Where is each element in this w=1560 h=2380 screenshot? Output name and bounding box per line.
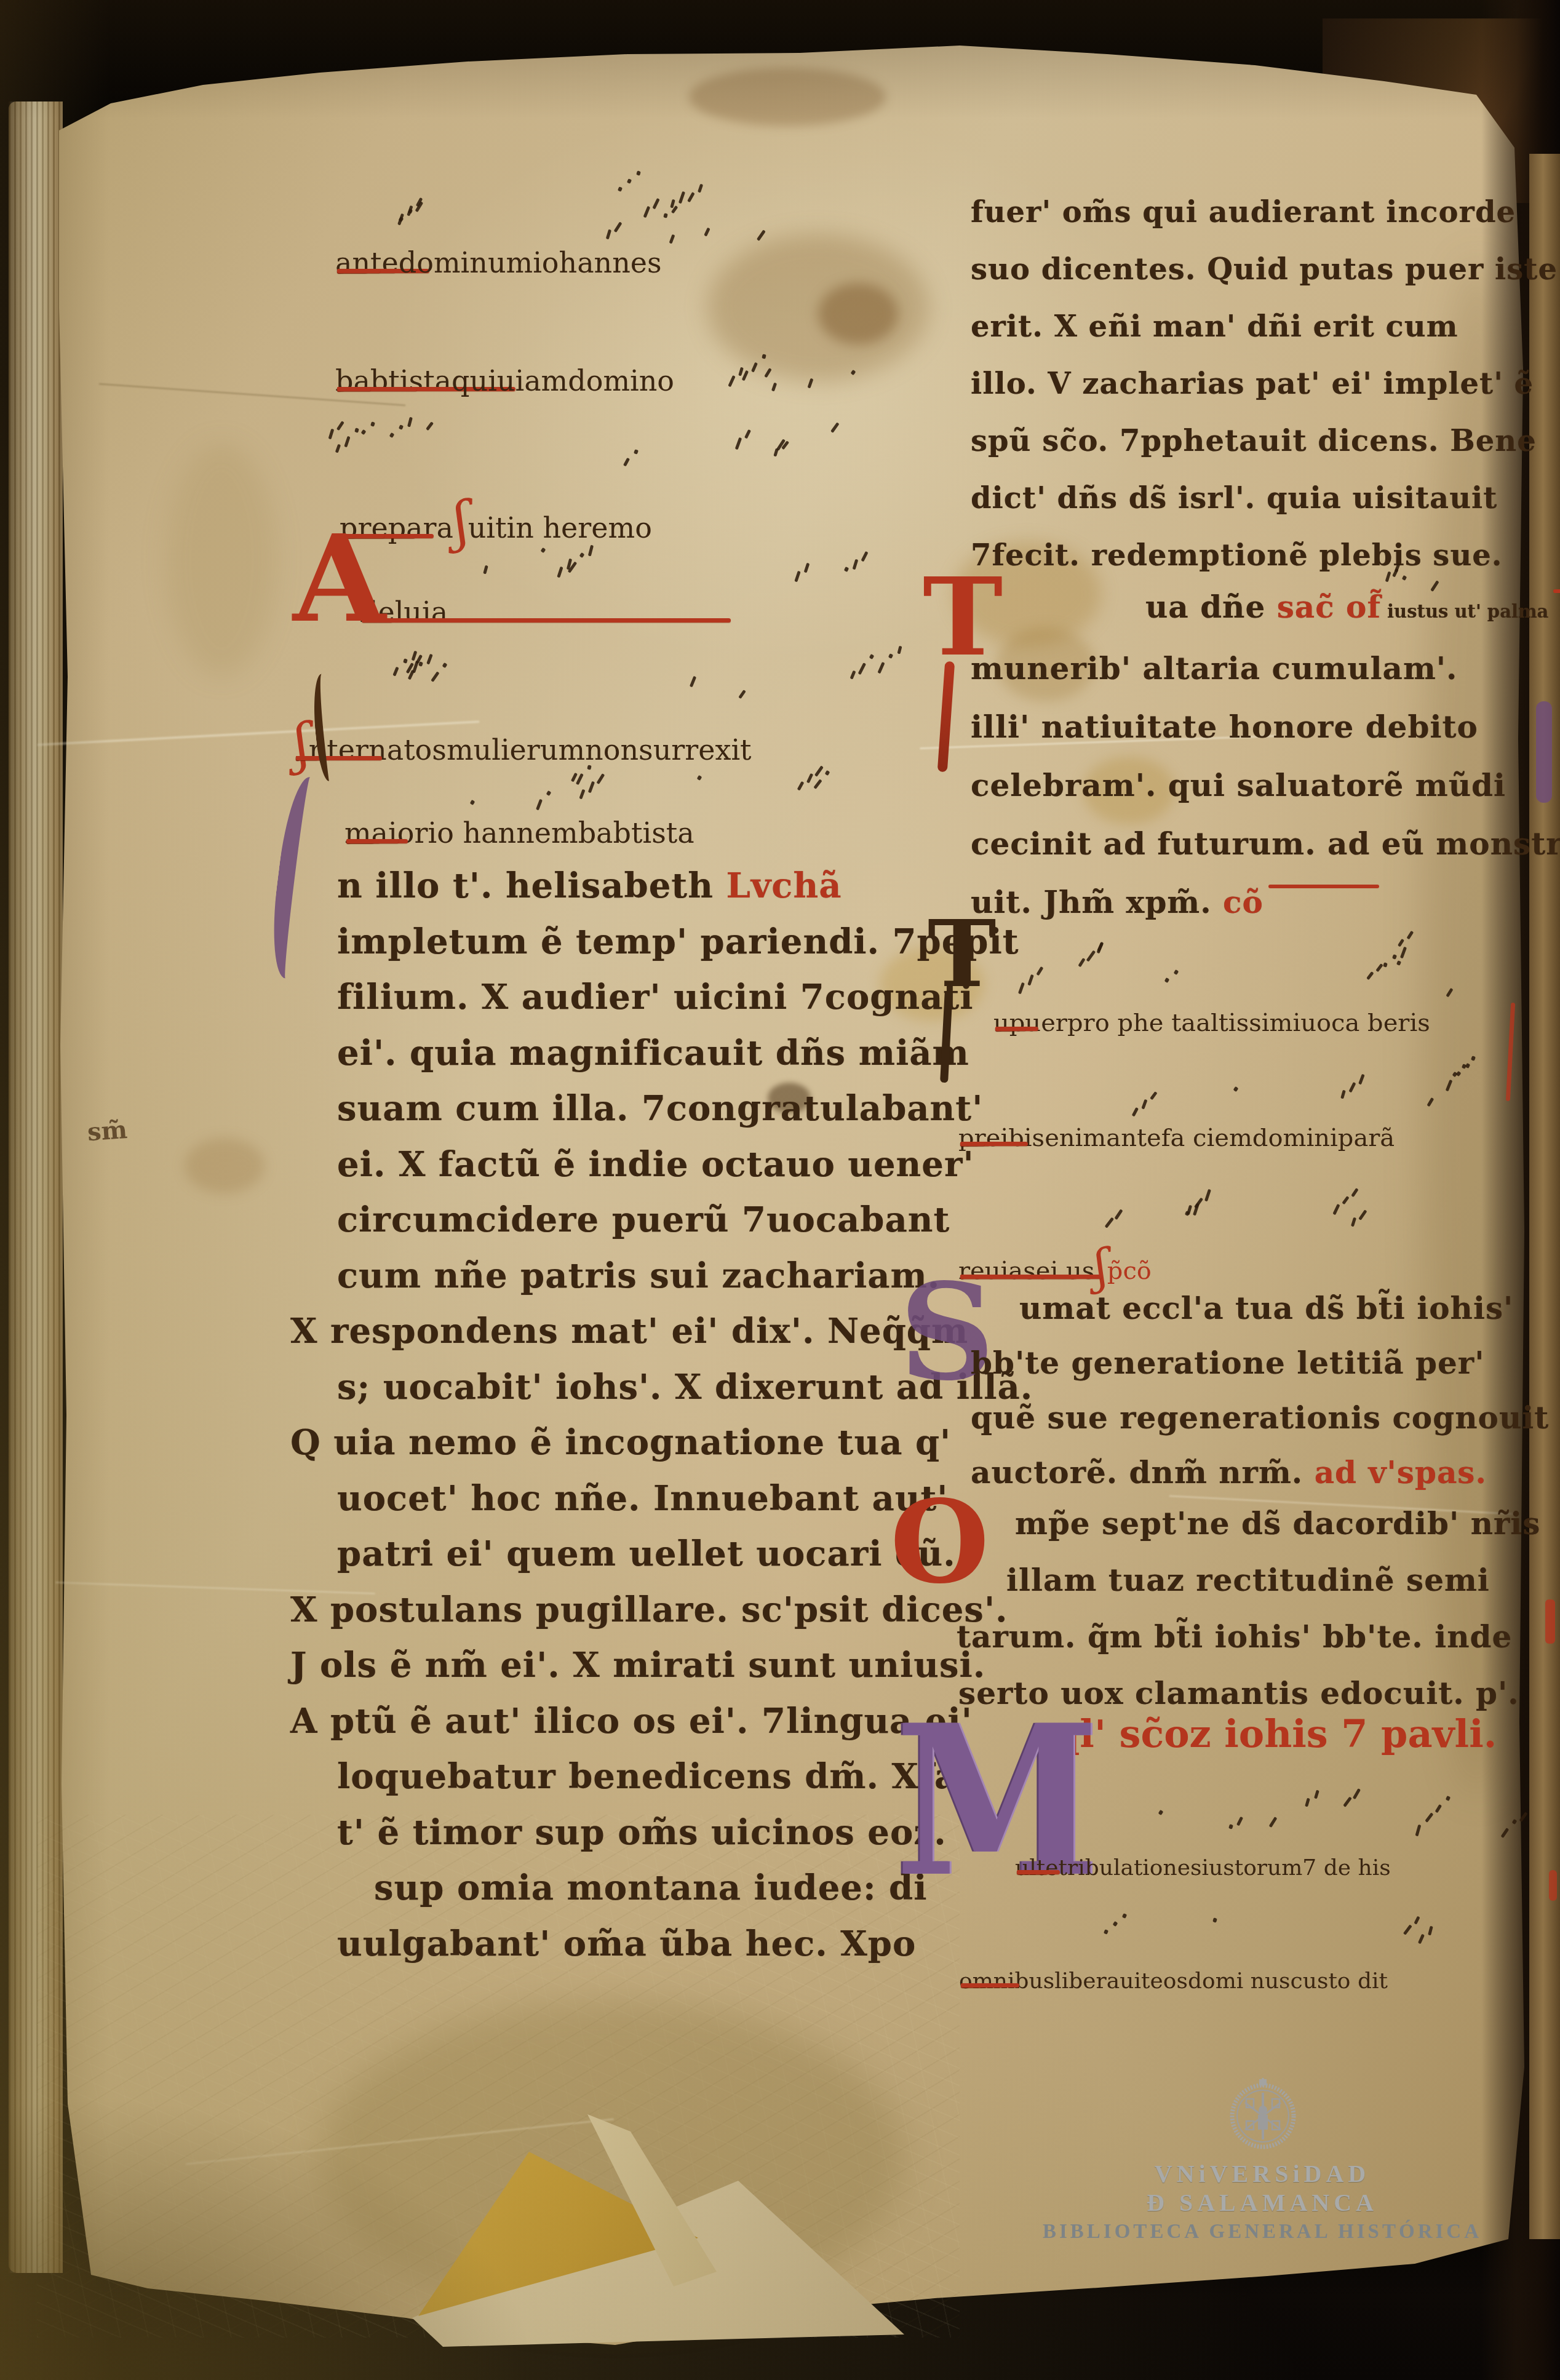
prose-line: quẽ sue regenerationis cognouit xyxy=(971,1400,1549,1436)
neume-mark xyxy=(1204,1189,1211,1201)
neume-mark xyxy=(431,671,440,682)
neume-mark xyxy=(762,354,766,359)
initial-t-tu-puer: T xyxy=(928,915,997,994)
prose-text: t' ẽ timor sup om̃s uicinos eoz. xyxy=(337,1812,947,1853)
neume-mark xyxy=(735,437,742,450)
neume-mark xyxy=(606,229,611,239)
prose-line: illam tuaz rectitudinẽ semi xyxy=(1006,1562,1490,1598)
prose-line: loquebatur benedicens dm̃. Xfac xyxy=(337,1757,979,1796)
neume-mark xyxy=(613,222,622,233)
neume-mark xyxy=(398,217,404,222)
prose-text: n illo t'. helisabeth xyxy=(337,866,726,906)
neume-mark xyxy=(392,667,399,676)
prose-text: filium. X audier' uicini 7cognati xyxy=(337,977,974,1017)
neume-mark xyxy=(824,770,830,775)
prose-text: patri ei' quem uellet uocari eũ. xyxy=(337,1534,956,1574)
neume-mark xyxy=(858,663,866,674)
neume-mark xyxy=(1418,1934,1425,1944)
prose-text: spũ sc̃o. 7pphetauit dicens. Bene xyxy=(971,424,1537,458)
neume-mark xyxy=(344,436,350,447)
neume-mark xyxy=(588,781,595,792)
prose-text: auctorẽ. dnm̃ nrm̃. xyxy=(971,1454,1315,1490)
neume-mark xyxy=(579,552,584,558)
neume-mark xyxy=(1194,1198,1203,1209)
neume-mark xyxy=(442,663,448,668)
neume-mark xyxy=(1122,1913,1127,1919)
neume-field xyxy=(707,400,892,461)
initial-o-omnipotens: O xyxy=(890,1494,989,1590)
chant-syllable: ibis xyxy=(1000,1124,1045,1152)
neume-mark xyxy=(808,378,813,388)
neume-mark xyxy=(1115,1209,1123,1220)
neume-mark xyxy=(1105,1217,1114,1228)
prose-line: celebram'. qui saluatorẽ mũdi xyxy=(971,768,1506,803)
neume-mark xyxy=(1353,1788,1361,1799)
neume-mark xyxy=(1359,1073,1365,1084)
neume-mark xyxy=(328,428,334,439)
prose-line: cum nñe patris sui zachariam. xyxy=(337,1256,940,1295)
prose-text: suo dicentes. Quid putas puer iste xyxy=(971,252,1558,287)
neume-field xyxy=(369,754,664,815)
neume-mark xyxy=(570,772,577,781)
melisma-extender-line xyxy=(995,1027,1026,1031)
neume-mark xyxy=(751,362,758,372)
initial-glyph: S xyxy=(899,1254,995,1410)
chant-line-left-6: maiorio hannembabtista xyxy=(344,816,694,850)
prose-line: Q uia nemo ẽ incognatione tua q' xyxy=(290,1423,951,1462)
neume-mark xyxy=(888,653,893,659)
prose-text: J ols ẽ nm̃ ei'. X mirati sunt uniusi. xyxy=(290,1645,985,1686)
prose-line: patri ei' quem uellet uocari eũ. xyxy=(337,1534,956,1574)
melisma-extender-line xyxy=(337,269,380,273)
chant-syllable: ha xyxy=(559,246,594,279)
neume-mark xyxy=(1349,1081,1356,1092)
prose-text: quẽ sue regenerationis cognouit xyxy=(971,1399,1549,1436)
neume-mark xyxy=(738,367,743,376)
neume-mark xyxy=(877,662,885,674)
facing-page-sliver xyxy=(1529,154,1560,2239)
prose-text: uocet' hoc nñe. Innuebant aut' xyxy=(337,1478,949,1519)
neume-mark xyxy=(1455,1071,1461,1077)
neume-mark xyxy=(541,547,546,553)
neume-mark xyxy=(1445,1080,1452,1092)
neume-mark xyxy=(576,773,583,785)
neume-mark xyxy=(1414,1916,1420,1925)
neume-mark xyxy=(1341,1089,1346,1099)
prose-text: impletum ẽ temp' pariendi. 7pepit xyxy=(337,921,1019,962)
prose-text: bb'te generatione letitiã per' xyxy=(971,1345,1484,1381)
neume-mark xyxy=(843,567,848,572)
feast-rubric-text: ql' sc̃oz iohis 7 pavli. xyxy=(1053,1711,1497,1756)
chant-syllable: ei us xyxy=(1036,1257,1094,1285)
initial-glyph: T xyxy=(928,900,997,1008)
neume-mark xyxy=(1104,1929,1108,1935)
prose-text: ei. X factũ ẽ indie octauo uener' xyxy=(337,1144,974,1185)
neume-mark xyxy=(744,429,751,439)
chant-syllable: uo xyxy=(1300,1009,1331,1037)
neume-mark xyxy=(742,370,749,381)
chant-syllable: nte xyxy=(352,246,398,279)
prose-line: t' ẽ timor sup om̃s uicinos eoz. xyxy=(337,1813,947,1852)
prose-text: illo. V zacharias pat' ei' implet' ẽ xyxy=(971,367,1534,401)
chant-syllable: rum xyxy=(1257,1855,1303,1881)
neume-mark xyxy=(418,662,423,667)
chant-syllable: num xyxy=(469,246,533,279)
neume-mark xyxy=(1351,1188,1358,1197)
neume-field xyxy=(677,640,904,701)
neume-mark xyxy=(1185,1211,1190,1216)
neume-mark xyxy=(1018,982,1024,994)
neume-mark xyxy=(861,551,868,562)
university-seal-icon xyxy=(1227,2078,1299,2151)
prose-text: cecinit ad futurum. ad eũ monstra xyxy=(971,826,1560,862)
initial-glyph: O xyxy=(890,1475,989,1609)
prose-text: Lvchã xyxy=(726,866,842,906)
neume-mark xyxy=(1395,563,1400,572)
prose-text: A ptũ ẽ aut' ilico os ei'. 7lingua ei' xyxy=(290,1701,973,1741)
neume-mark xyxy=(1351,1217,1356,1227)
neume-mark xyxy=(781,440,789,450)
chant-syllable: pa xyxy=(388,511,423,544)
prose-text: sup omia montana iudee: di xyxy=(374,1868,928,1908)
chant-syllable: altissimi xyxy=(1196,1009,1300,1037)
chant-syllable: ior xyxy=(388,816,428,850)
neume-mark xyxy=(1036,966,1043,976)
neume-mark xyxy=(546,790,552,796)
neume-mark xyxy=(412,661,419,673)
initial-glyph: M xyxy=(895,1679,1099,1922)
chant-syllable: s xyxy=(647,246,662,279)
prose-text: illam tuaz rectitudinẽ semi xyxy=(1006,1562,1490,1598)
neume-mark xyxy=(830,423,839,433)
neume-mark xyxy=(1027,974,1033,986)
neume-mark xyxy=(1428,1926,1433,1935)
chant-syllable: iusto xyxy=(1202,1855,1257,1881)
neume-mark xyxy=(1465,1063,1470,1069)
neume-mark xyxy=(1343,1797,1351,1807)
prose-text: ad v'spas. xyxy=(1315,1454,1487,1490)
neume-mark xyxy=(1187,1205,1192,1215)
neume-mark xyxy=(738,690,746,699)
chant-syllable: nne xyxy=(594,246,647,279)
prose-line: cecinit ad futurum. ad eũ monstra xyxy=(971,826,1560,862)
chant-syllable: bti xyxy=(613,816,652,850)
neume-mark xyxy=(1132,1107,1139,1116)
neume-mark xyxy=(669,234,675,244)
neume-mark xyxy=(643,206,650,218)
prose-text: uulgabant' om̃a ũba hec. Xpo xyxy=(337,1924,916,1964)
chant-syllable: ca beris xyxy=(1331,1009,1430,1037)
chant-syllable: sta xyxy=(651,816,694,850)
neume-mark xyxy=(370,422,375,428)
neume-mark xyxy=(587,765,592,770)
prose-text: ua dñe xyxy=(1145,589,1277,625)
neume-mark xyxy=(588,544,594,555)
chant-syllable: u xyxy=(993,1009,1009,1037)
neume-field xyxy=(757,526,904,581)
prose-line: fuer' om̃s qui audierant incorde xyxy=(971,196,1516,229)
neume-mark xyxy=(1415,1825,1420,1836)
prose-line: illi' natiuitate honore debito xyxy=(971,709,1478,745)
neume-field xyxy=(689,757,904,812)
neume-mark xyxy=(1366,971,1374,980)
prose-text: loquebatur benedicens dm̃. Xfac xyxy=(337,1756,979,1797)
prose-text: mp̃e sept'ne ds̃ dacordib' nr̃is xyxy=(1015,1505,1540,1542)
prose-text: sac̃ of̃ xyxy=(1277,589,1381,625)
book-page-edges-left xyxy=(9,101,63,2273)
neume-mark xyxy=(850,671,856,680)
prose-line: dict' dñs ds̃ isrl'. quia uisitauit xyxy=(971,482,1497,515)
chant-line-right-2: preibisenimantefa ciemdominiparã xyxy=(958,1124,1395,1152)
chant-syllable: domini xyxy=(1252,1124,1338,1152)
chant-syllable: domi nus xyxy=(1188,1968,1291,1994)
neume-mark xyxy=(1397,939,1404,947)
prose-text: X respondens mat' ei' dix'. Neq̃q̃m xyxy=(290,1311,968,1351)
initial-glyph: A xyxy=(293,508,386,649)
neume-mark xyxy=(704,228,710,236)
neume-mark xyxy=(336,421,344,430)
neume-mark xyxy=(1383,962,1388,967)
neume-mark xyxy=(407,209,412,214)
chant-syllable: ma xyxy=(344,816,388,850)
chant-line-right-1: upuerpro phe taaltissimiuoca beris xyxy=(993,1009,1430,1037)
melisma-extender-line xyxy=(960,1142,985,1146)
chant-syllable: pro phe ta xyxy=(1067,1009,1196,1037)
chant-syllable: ulte xyxy=(1015,1855,1058,1881)
chant-syllable: libera xyxy=(1054,1968,1120,1994)
chant-syllable: tribulationes xyxy=(1058,1855,1201,1881)
chant-syllable: ba xyxy=(578,816,613,850)
neume-mark xyxy=(1113,1921,1118,1927)
neume-mark xyxy=(1315,1789,1319,1798)
chant-syllable: pre xyxy=(958,1124,1000,1152)
neume-mark xyxy=(1332,1204,1340,1215)
neume-mark xyxy=(411,651,416,661)
neume-mark xyxy=(469,800,475,805)
chant-syllable: pu xyxy=(1009,1009,1041,1037)
neume-mark xyxy=(1452,1072,1457,1077)
neume-mark xyxy=(389,432,394,438)
prose-line: tarum. q̃m bt̃i iohis' bb'te. inde xyxy=(957,1619,1512,1655)
prose-text: celebram'. qui saluatorẽ mũdi xyxy=(971,767,1506,803)
prose-line: munerib' altaria cumulam'. xyxy=(971,651,1458,687)
chant-line-left-1: antedominumiohannes xyxy=(335,246,662,279)
neume-mark xyxy=(1342,1196,1349,1204)
chant-syllable: luia xyxy=(395,595,448,629)
neume-mark xyxy=(618,186,623,192)
neume-mark xyxy=(579,789,586,798)
feast-rubric: ql' sc̃oz iohis 7 pavli. xyxy=(1053,1711,1497,1756)
neume-mark xyxy=(1228,1824,1233,1829)
prose-line: suo dicentes. Quid putas puer iste xyxy=(971,253,1558,287)
neume-mark xyxy=(1359,1210,1367,1220)
neume-mark xyxy=(1305,1797,1310,1807)
chant-syllable: ante xyxy=(1106,1124,1161,1152)
neume-field xyxy=(997,910,1501,1003)
prose-line: ei. X factũ ẽ indie octauo uener' xyxy=(337,1145,974,1184)
prose-text: erit. X eñi man' dñi erit cum xyxy=(971,309,1458,344)
rubric-extender-line xyxy=(1553,589,1560,593)
prose-text: umat eccl'a tua ds̃ bt̃i iohis' xyxy=(1019,1290,1513,1326)
neume-mark xyxy=(1096,942,1103,953)
neume-mark xyxy=(1392,568,1398,577)
neume-mark xyxy=(406,663,414,674)
neume-mark xyxy=(399,424,404,430)
prose-line: bb'te generatione letitiã per' xyxy=(971,1345,1484,1381)
neume-mark xyxy=(687,192,694,202)
neume-mark xyxy=(728,375,735,387)
prose-line: impletum ẽ temp' pariendi. 7pepit xyxy=(337,922,1019,961)
neume-mark xyxy=(1158,1810,1163,1815)
prose-line: n illo t'. helisabeth Lvchã xyxy=(337,866,842,905)
neume-mark xyxy=(483,565,488,575)
neume-mark xyxy=(664,213,669,218)
prose-line: suam cum illa. 7congratulabant' xyxy=(337,1089,983,1128)
stamp-line-biblioteca: BIBLIOTECA GENERAL HISTÓRICA xyxy=(955,2221,1560,2243)
chant-syllable: omnibus xyxy=(959,1968,1054,1994)
neume-mark xyxy=(397,213,404,226)
chant-syllable: er xyxy=(1041,1009,1067,1037)
prose-text: Q uia nemo ẽ incognatione tua q' xyxy=(290,1422,951,1463)
neume-mark xyxy=(408,670,415,680)
neume-mark xyxy=(1164,977,1169,983)
prose-line: illo. V zacharias pat' ei' implet' ẽ xyxy=(971,367,1534,401)
neume-mark xyxy=(852,559,858,570)
neume-mark xyxy=(636,170,641,175)
prose-text: cum nñe patris sui zachariam. xyxy=(337,1256,940,1296)
neume-mark xyxy=(415,197,422,207)
neume-mark xyxy=(1501,1828,1509,1837)
initial-glyph: I xyxy=(306,777,311,789)
neume-field xyxy=(369,157,898,249)
rubric-extender-line xyxy=(1268,885,1379,888)
chant-syllable: fa ciem xyxy=(1161,1124,1252,1152)
library-stamp: VNiVERSiDAD Ð SALAMANCA BIBLIOTECA GENER… xyxy=(955,2159,1560,2243)
neume-mark xyxy=(1446,988,1453,997)
neume-mark xyxy=(794,571,800,583)
neume-mark xyxy=(1233,1086,1238,1092)
neume-mark xyxy=(773,448,778,457)
chant-syllable: uit xyxy=(1120,1968,1150,1994)
chant-syllable: io ha xyxy=(428,816,498,850)
prose-text: dict' dñs ds̃ isrl'. quia uisitauit xyxy=(971,481,1497,515)
neume-mark xyxy=(1142,1099,1148,1109)
chant-syllable: enim xyxy=(1045,1124,1106,1152)
prose-line: mp̃e sept'ne ds̃ dacordib' nr̃is xyxy=(1015,1506,1540,1542)
chant-syllable: domi xyxy=(399,246,469,279)
marginal-note-text: sm̃ xyxy=(86,1115,128,1147)
neume-mark xyxy=(1150,1091,1158,1100)
manuscript-photo: VNiVERSiDAD Ð SALAMANCA BIBLIOTECA GENER… xyxy=(0,0,1560,2380)
chant-syllable: a xyxy=(335,246,352,279)
neume-mark xyxy=(698,183,703,193)
neume-mark xyxy=(897,646,902,655)
neume-mark xyxy=(804,563,810,573)
neume-mark xyxy=(634,450,639,455)
neume-mark xyxy=(1403,1925,1412,1935)
neume-mark xyxy=(597,773,605,784)
neume-mark xyxy=(407,205,413,216)
neume-mark xyxy=(557,566,563,577)
prose-line: uocet' hoc nñe. Innuebant aut' xyxy=(337,1479,949,1518)
neume-mark xyxy=(764,368,771,378)
chant-line-right-4: ultetribulationesiustorum7 de his xyxy=(1015,1855,1391,1881)
neume-mark xyxy=(567,558,572,569)
neume-mark xyxy=(679,191,685,204)
neume-mark xyxy=(1385,571,1391,582)
prose-line: ua dñe sac̃ of̃ iustus ut' palma xyxy=(1145,589,1548,625)
prose-line: erit. X eñi man' dñi erit cum xyxy=(971,310,1458,344)
neume-mark xyxy=(1396,960,1401,966)
melisma-extender-line xyxy=(362,618,731,623)
neume-mark xyxy=(869,654,875,659)
neume-mark xyxy=(1173,969,1179,975)
chant-syllable: nne xyxy=(498,816,551,850)
melisma-extender-line xyxy=(961,1983,1019,1988)
neume-field xyxy=(652,326,898,394)
prose-text: iustus ut' palma xyxy=(1381,601,1548,622)
neume-mark xyxy=(426,422,434,431)
neume-mark xyxy=(806,773,813,783)
neume-mark xyxy=(757,230,765,241)
neume-mark xyxy=(1406,931,1413,939)
neume-field xyxy=(1384,554,1501,587)
neume-mark xyxy=(776,439,786,450)
neume-mark xyxy=(416,655,423,664)
chant-syllable: as xyxy=(1008,1257,1035,1285)
neume-mark xyxy=(1236,1817,1243,1826)
neume-mark xyxy=(670,199,675,209)
neume-mark xyxy=(426,654,432,664)
neume-mark xyxy=(1462,1064,1466,1069)
prose-line: uulgabant' om̃a ũba hec. Xpo xyxy=(337,1924,916,1964)
neume-mark xyxy=(652,198,659,209)
neume-field xyxy=(960,1166,1464,1230)
prose-text: circumcidere puerũ 7uocabant xyxy=(337,1200,950,1240)
neume-mark xyxy=(1193,1203,1199,1215)
neume-mark xyxy=(415,201,423,212)
neume-mark xyxy=(697,775,702,781)
neume-mark xyxy=(813,779,822,789)
prose-text: ei'. quia magnificauit dñs miãm xyxy=(337,1033,969,1073)
prose-line: sup omia montana iudee: di xyxy=(374,1868,928,1908)
prose-line: J ols ẽ nm̃ ei'. X mirati sunt uniusi. xyxy=(290,1646,985,1685)
melisma-extender-line xyxy=(346,839,399,843)
prose-line: circumcidere puerũ 7uocabant xyxy=(337,1200,950,1240)
prose-text: suam cum illa. 7congratulabant' xyxy=(337,1088,983,1129)
prose-line: ei'. quia magnificauit dñs miãm xyxy=(337,1033,969,1073)
neume-mark xyxy=(671,205,678,214)
neume-mark xyxy=(623,458,630,467)
prose-line: umat eccl'a tua ds̃ bt̃i iohis' xyxy=(1019,1291,1513,1326)
neume-mark xyxy=(771,383,777,392)
neume-mark xyxy=(1392,954,1397,960)
prose-text: illi' natiuitate honore debito xyxy=(971,709,1478,745)
chant-syllable: parã xyxy=(1338,1124,1395,1152)
neume-mark xyxy=(1212,1917,1217,1922)
prose-text: tarum. q̃m bt̃i iohis' bb'te. inde xyxy=(957,1618,1512,1655)
neume-mark xyxy=(1402,575,1407,581)
initial-a-alleluia: A xyxy=(293,528,386,630)
chant-syllable: custo dit xyxy=(1291,1968,1388,1994)
stamp-line-salamanca: Ð SALAMANCA xyxy=(955,2188,1560,2217)
neume-field xyxy=(326,388,671,480)
neume-mark xyxy=(567,561,576,573)
prose-line: X respondens mat' ei' dix'. Neq̃q̃m xyxy=(290,1311,968,1351)
chant-syllable: 7 de his xyxy=(1302,1855,1390,1881)
neume-mark xyxy=(1427,1097,1433,1107)
neume-mark xyxy=(335,444,341,452)
